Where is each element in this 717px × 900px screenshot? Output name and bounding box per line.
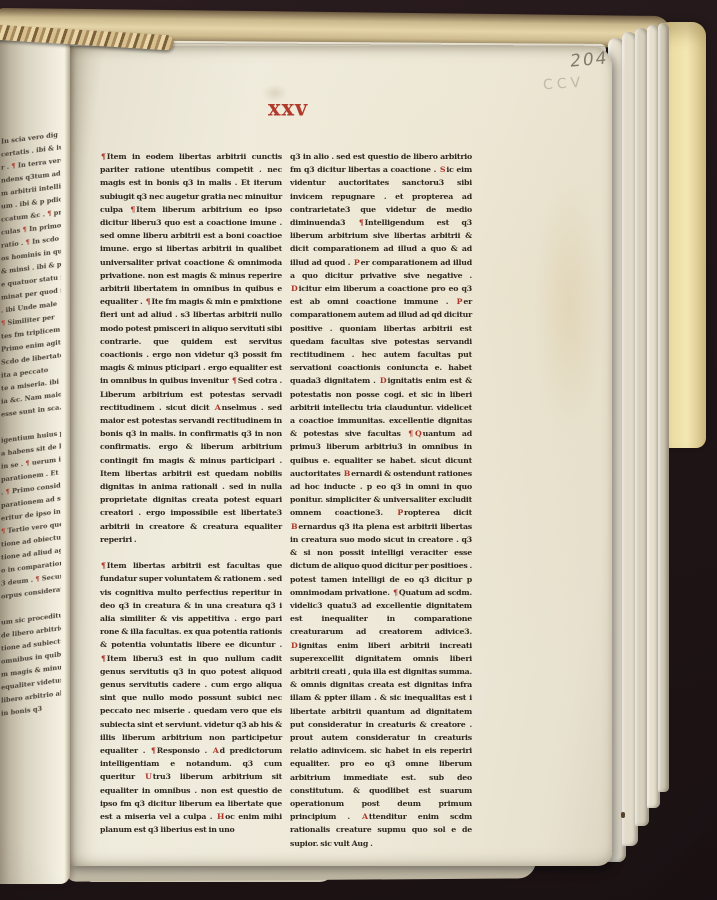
book-photograph: In scia vero digcertatis . ibi & iur . ¶… <box>0 0 717 900</box>
text-column-right: q3 in alio . sed est questio de libero a… <box>290 150 472 850</box>
paragraph: ¶Item in eodem libertas arbitrii cunctis… <box>100 150 282 546</box>
paper-stain <box>534 176 604 436</box>
facing-page-sliver: In scia vero digcertatis . ibi & iur . ¶… <box>0 36 70 884</box>
paragraph: q3 in alio . sed est questio de libero a… <box>290 150 472 850</box>
facing-text: In scia vero digcertatis . ibi & iur . ¶… <box>1 128 61 720</box>
folio-number-pencil: 204 <box>569 48 609 72</box>
running-header-numeral: xxv <box>268 94 308 120</box>
text-column-left: ¶Item in eodem libertas arbitrii cunctis… <box>100 150 282 850</box>
paragraph: ¶Item libertas arbitrii est facultas que… <box>100 559 282 836</box>
folio-number-faint: CCV <box>542 75 584 94</box>
recto-page: xxv 204 CCV ¶Item in eodem libertas arbi… <box>66 46 612 866</box>
fore-edge-layer <box>658 23 669 792</box>
text-block: ¶Item in eodem libertas arbitrii cunctis… <box>100 150 472 850</box>
fore-edge-speck <box>621 812 625 818</box>
